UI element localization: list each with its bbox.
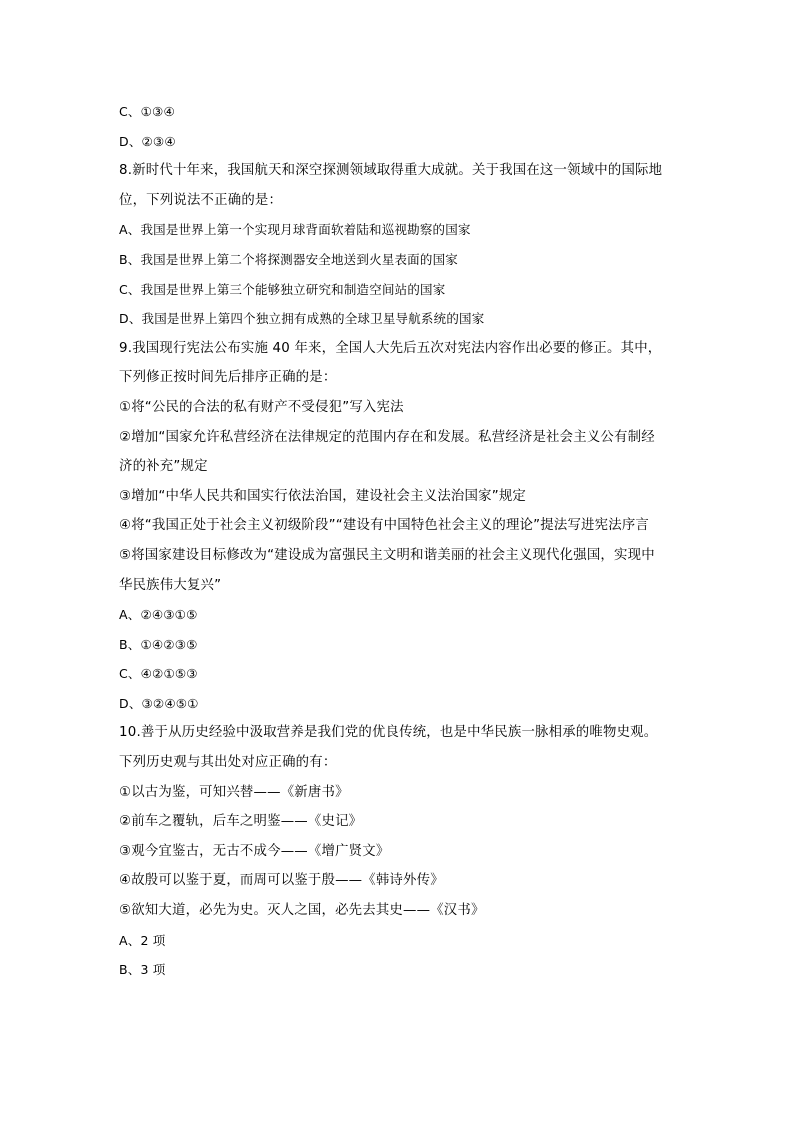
option-d: D、我国是世界上第四个独立拥有成熟的全球卫星导航系统的国家 (119, 309, 699, 339)
question-number: 9. (119, 341, 132, 356)
option-label: A、 (119, 222, 140, 237)
option-b: B、我国是世界上第二个将探测器安全地送到火星表面的国家 (119, 250, 699, 280)
option-text: ③②④⑤① (142, 696, 199, 711)
option-a: A、②④③①⑤ (119, 605, 699, 635)
option-b: B、①④②③⑤ (119, 635, 699, 665)
question-number: 10. (119, 725, 141, 740)
document-page: C、①③④ D、②③④ 8.新时代十年来，我国航天和深空探测领域取得重大成就。关… (119, 102, 699, 990)
option-label: C、 (119, 666, 141, 681)
statement-3: ③观今宜鉴古，无古不成今——《增广贤文》 (119, 842, 699, 872)
option-text: ①③④ (141, 104, 175, 119)
question-8: 8.新时代十年来，我国航天和深空探测领域取得重大成就。关于我国在这一领域中的国际… (119, 161, 699, 339)
option-label: C、 (119, 282, 141, 297)
question-9: 9.我国现行宪法公布实施 40 年来，全国人大先后五次对宪法内容作出必要的修正。… (119, 339, 699, 724)
option-text: 2 项 (140, 933, 165, 948)
option-text: ②④③①⑤ (140, 607, 197, 622)
option-text: 我国是世界上第二个将探测器安全地送到火星表面的国家 (140, 252, 458, 267)
option-d: D、③②④⑤① (119, 694, 699, 724)
option-label: D、 (119, 311, 142, 326)
option-text: ④②①⑤③ (141, 666, 198, 681)
statement-5: ⑤欲知大道，必先为史。灭人之国，必先去其史——《汉书》 (119, 901, 699, 931)
option-label: B、 (119, 637, 140, 652)
option-label: D、 (119, 696, 142, 711)
option-c: C、④②①⑤③ (119, 664, 699, 694)
statement-4: ④故殷可以鉴于夏，而周可以鉴于殷——《韩诗外传》 (119, 871, 699, 901)
option-text: 我国是世界上第四个独立拥有成熟的全球卫星导航系统的国家 (142, 311, 485, 326)
option-c: C、我国是世界上第三个能够独立研究和制造空间站的国家 (119, 280, 699, 310)
option-text: ②③④ (142, 134, 176, 149)
statement-2-cont: 济的补充”规定 (119, 457, 699, 487)
option-text: 我国是世界上第一个实现月球背面软着陆和巡视勘察的国家 (140, 222, 470, 237)
question-stem: 10.善于从历史经验中汲取营养是我们党的优良传统，也是中华民族一脉相承的唯物史观… (119, 723, 699, 753)
option-text: ①④②③⑤ (140, 637, 197, 652)
question-stem-line: 下列修正按时间先后排序正确的是： (119, 368, 699, 398)
statement-5-cont: 华民族伟大复兴” (119, 576, 699, 606)
question-stem: 9.我国现行宪法公布实施 40 年来，全国人大先后五次对宪法内容作出必要的修正。… (119, 339, 699, 369)
option-label: D、 (119, 134, 142, 149)
option-a: A、2 项 (119, 931, 699, 961)
question-10: 10.善于从历史经验中汲取营养是我们党的优良传统，也是中华民族一脉相承的唯物史观… (119, 723, 699, 989)
question-stem-line: 位，下列说法不正确的是： (119, 191, 699, 221)
option-label: B、 (119, 252, 140, 267)
question-stem-line: 下列历史观与其出处对应正确的有： (119, 753, 699, 783)
option-c-prev: C、①③④ (119, 102, 699, 132)
question-stem-line: 新时代十年来，我国航天和深空探测领域取得重大成就。关于我国在这一领域中的国际地 (132, 163, 662, 178)
statement-5: ⑤将国家建设目标修改为“建设成为富强民主文明和谐美丽的社会主义现代化强国，实现中 (119, 546, 699, 576)
option-label: A、 (119, 933, 140, 948)
question-stem-line: 我国现行宪法公布实施 40 年来，全国人大先后五次对宪法内容作出必要的修正。其中… (132, 341, 661, 356)
question-number: 8. (119, 163, 132, 178)
option-d-prev: D、②③④ (119, 132, 699, 162)
option-b: B、3 项 (119, 960, 699, 990)
statement-1: ①将“公民的合法的私有财产不受侵犯”写入宪法 (119, 398, 699, 428)
question-stem: 8.新时代十年来，我国航天和深空探测领域取得重大成就。关于我国在这一领域中的国际… (119, 161, 699, 191)
statement-2: ②增加“国家允许私营经济在法律规定的范围内存在和发展。私营经济是社会主义公有制经 (119, 428, 699, 458)
statement-4: ④将“我国正处于社会主义初级阶段”“建设有中国特色社会主义的理论”提法写进宪法序… (119, 516, 699, 546)
statement-2: ②前车之覆轨，后车之明鉴——《史记》 (119, 812, 699, 842)
option-text: 我国是世界上第三个能够独立研究和制造空间站的国家 (141, 282, 446, 297)
question-stem-line: 善于从历史经验中汲取营养是我们党的优良传统，也是中华民族一脉相承的唯物史观。 (141, 725, 657, 740)
option-label: A、 (119, 607, 140, 622)
statement-3: ③增加“中华人民共和国实行依法治国，建设社会主义法治国家”规定 (119, 487, 699, 517)
option-label: B、 (119, 962, 140, 977)
option-text: 3 项 (140, 962, 165, 977)
option-label: C、 (119, 104, 141, 119)
option-a: A、我国是世界上第一个实现月球背面软着陆和巡视勘察的国家 (119, 220, 699, 250)
statement-1: ①以古为鉴，可知兴替——《新唐书》 (119, 783, 699, 813)
